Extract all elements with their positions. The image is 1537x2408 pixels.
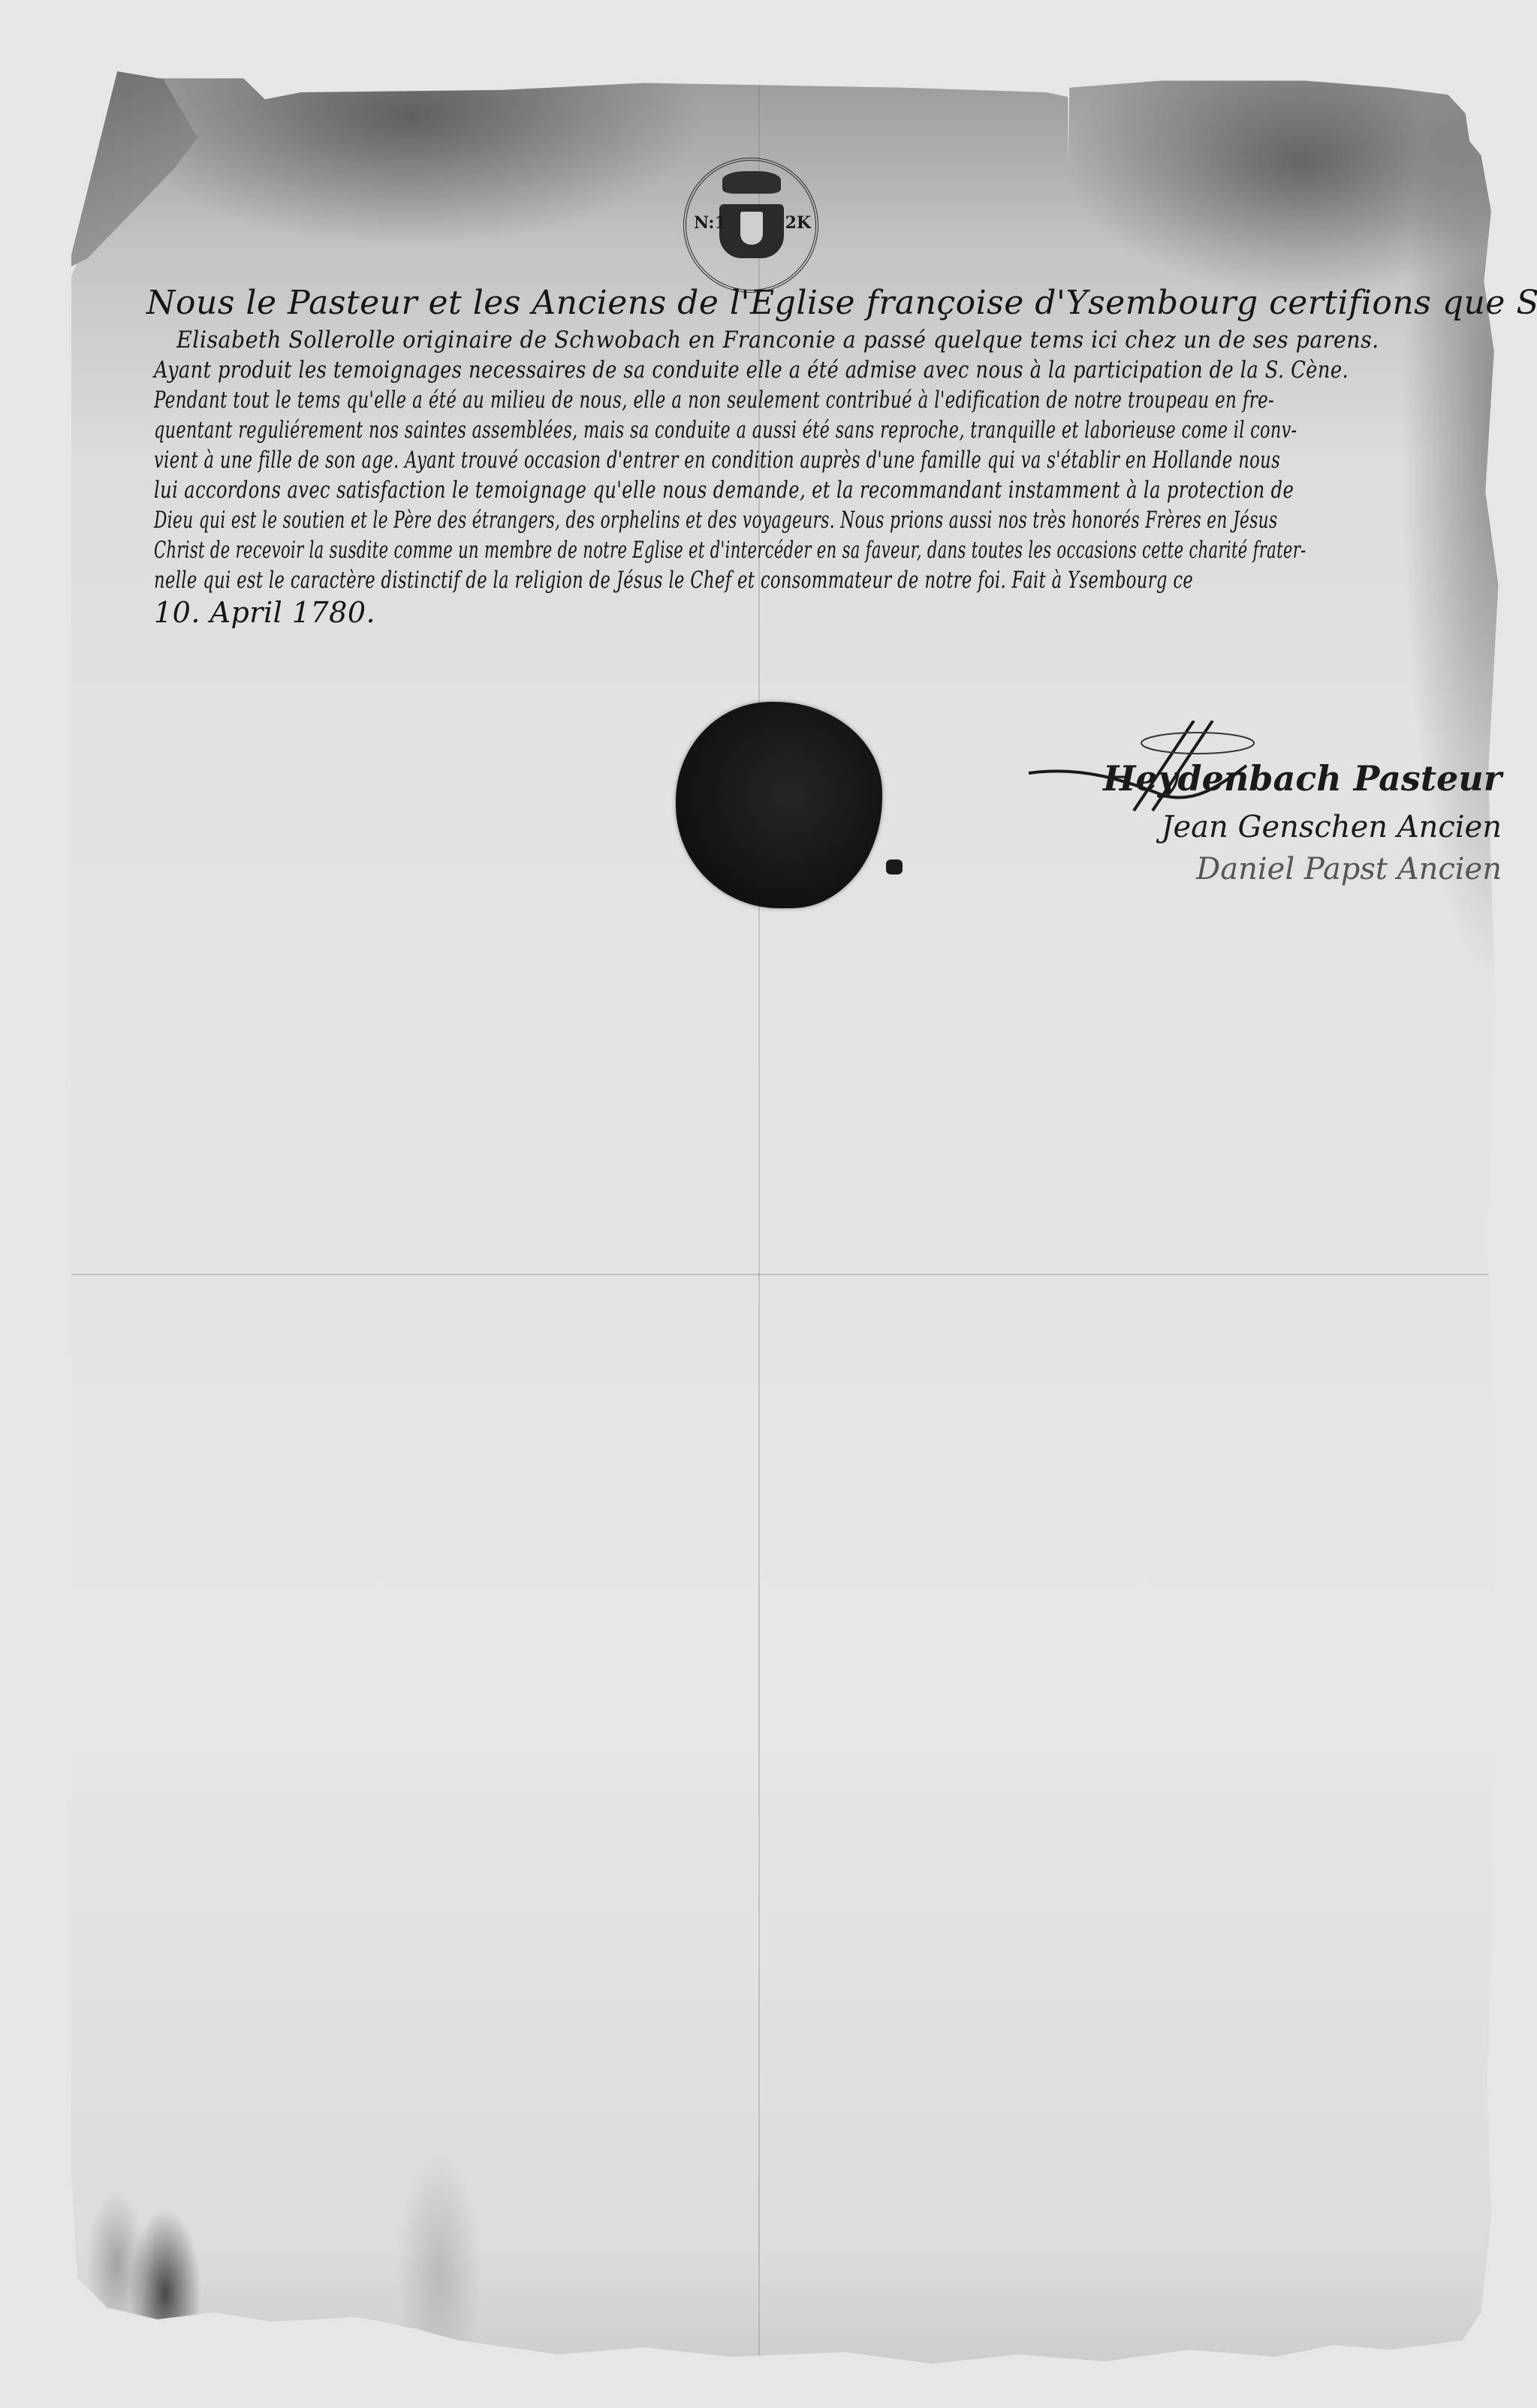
- signature-block: Heydenbach Pasteur Jean Genschen Ancien …: [1036, 751, 1502, 890]
- crown-icon: [722, 171, 781, 194]
- signature-elder: Jean Genschen Ancien: [1036, 806, 1502, 848]
- horizontal-fold-line: [71, 1274, 1505, 1275]
- letter-line: Elisabeth Sollerolle originaire de Schwo…: [176, 325, 1382, 355]
- wax-fragment: [886, 859, 903, 874]
- letter-body: Nous le Pasteur et les Anciens de l'Egli…: [154, 281, 1487, 630]
- letter-line: Christ de recevoir la susdite comme un m…: [154, 535, 1060, 565]
- coat-of-arms-stamp-icon: N:1 2K: [683, 158, 818, 293]
- letter-line: Ayant produit les temoignages necessaire…: [154, 355, 1260, 385]
- letter-line: Dieu qui est le soutien et le Père des é…: [154, 505, 1087, 535]
- stamp-number-right: 2K: [785, 213, 811, 233]
- stamp-number-left: N:1: [694, 213, 726, 233]
- letter-line: lui accordons avec satisfaction le temoi…: [154, 475, 1194, 505]
- shield-icon: [719, 204, 784, 258]
- letter-line: vient à une fille de son age. Ayant trou…: [154, 445, 1127, 475]
- letter-line: quentant reguliérement nos saintes assem…: [154, 415, 1114, 445]
- letter-line: Nous le Pasteur et les Anciens de l'Egli…: [146, 281, 1487, 325]
- letter-line: Pendant tout le tems qu'elle a été au mi…: [154, 385, 1141, 415]
- wax-seal-icon: [676, 702, 882, 908]
- signature-pastor: Heydenbach Pasteur: [1036, 751, 1502, 806]
- letter-date: 10. April 1780.: [154, 595, 1487, 630]
- signature-elder: Daniel Papst Ancien: [1036, 848, 1502, 890]
- letter-line: nelle qui est le caractère distinctif de…: [154, 565, 1127, 595]
